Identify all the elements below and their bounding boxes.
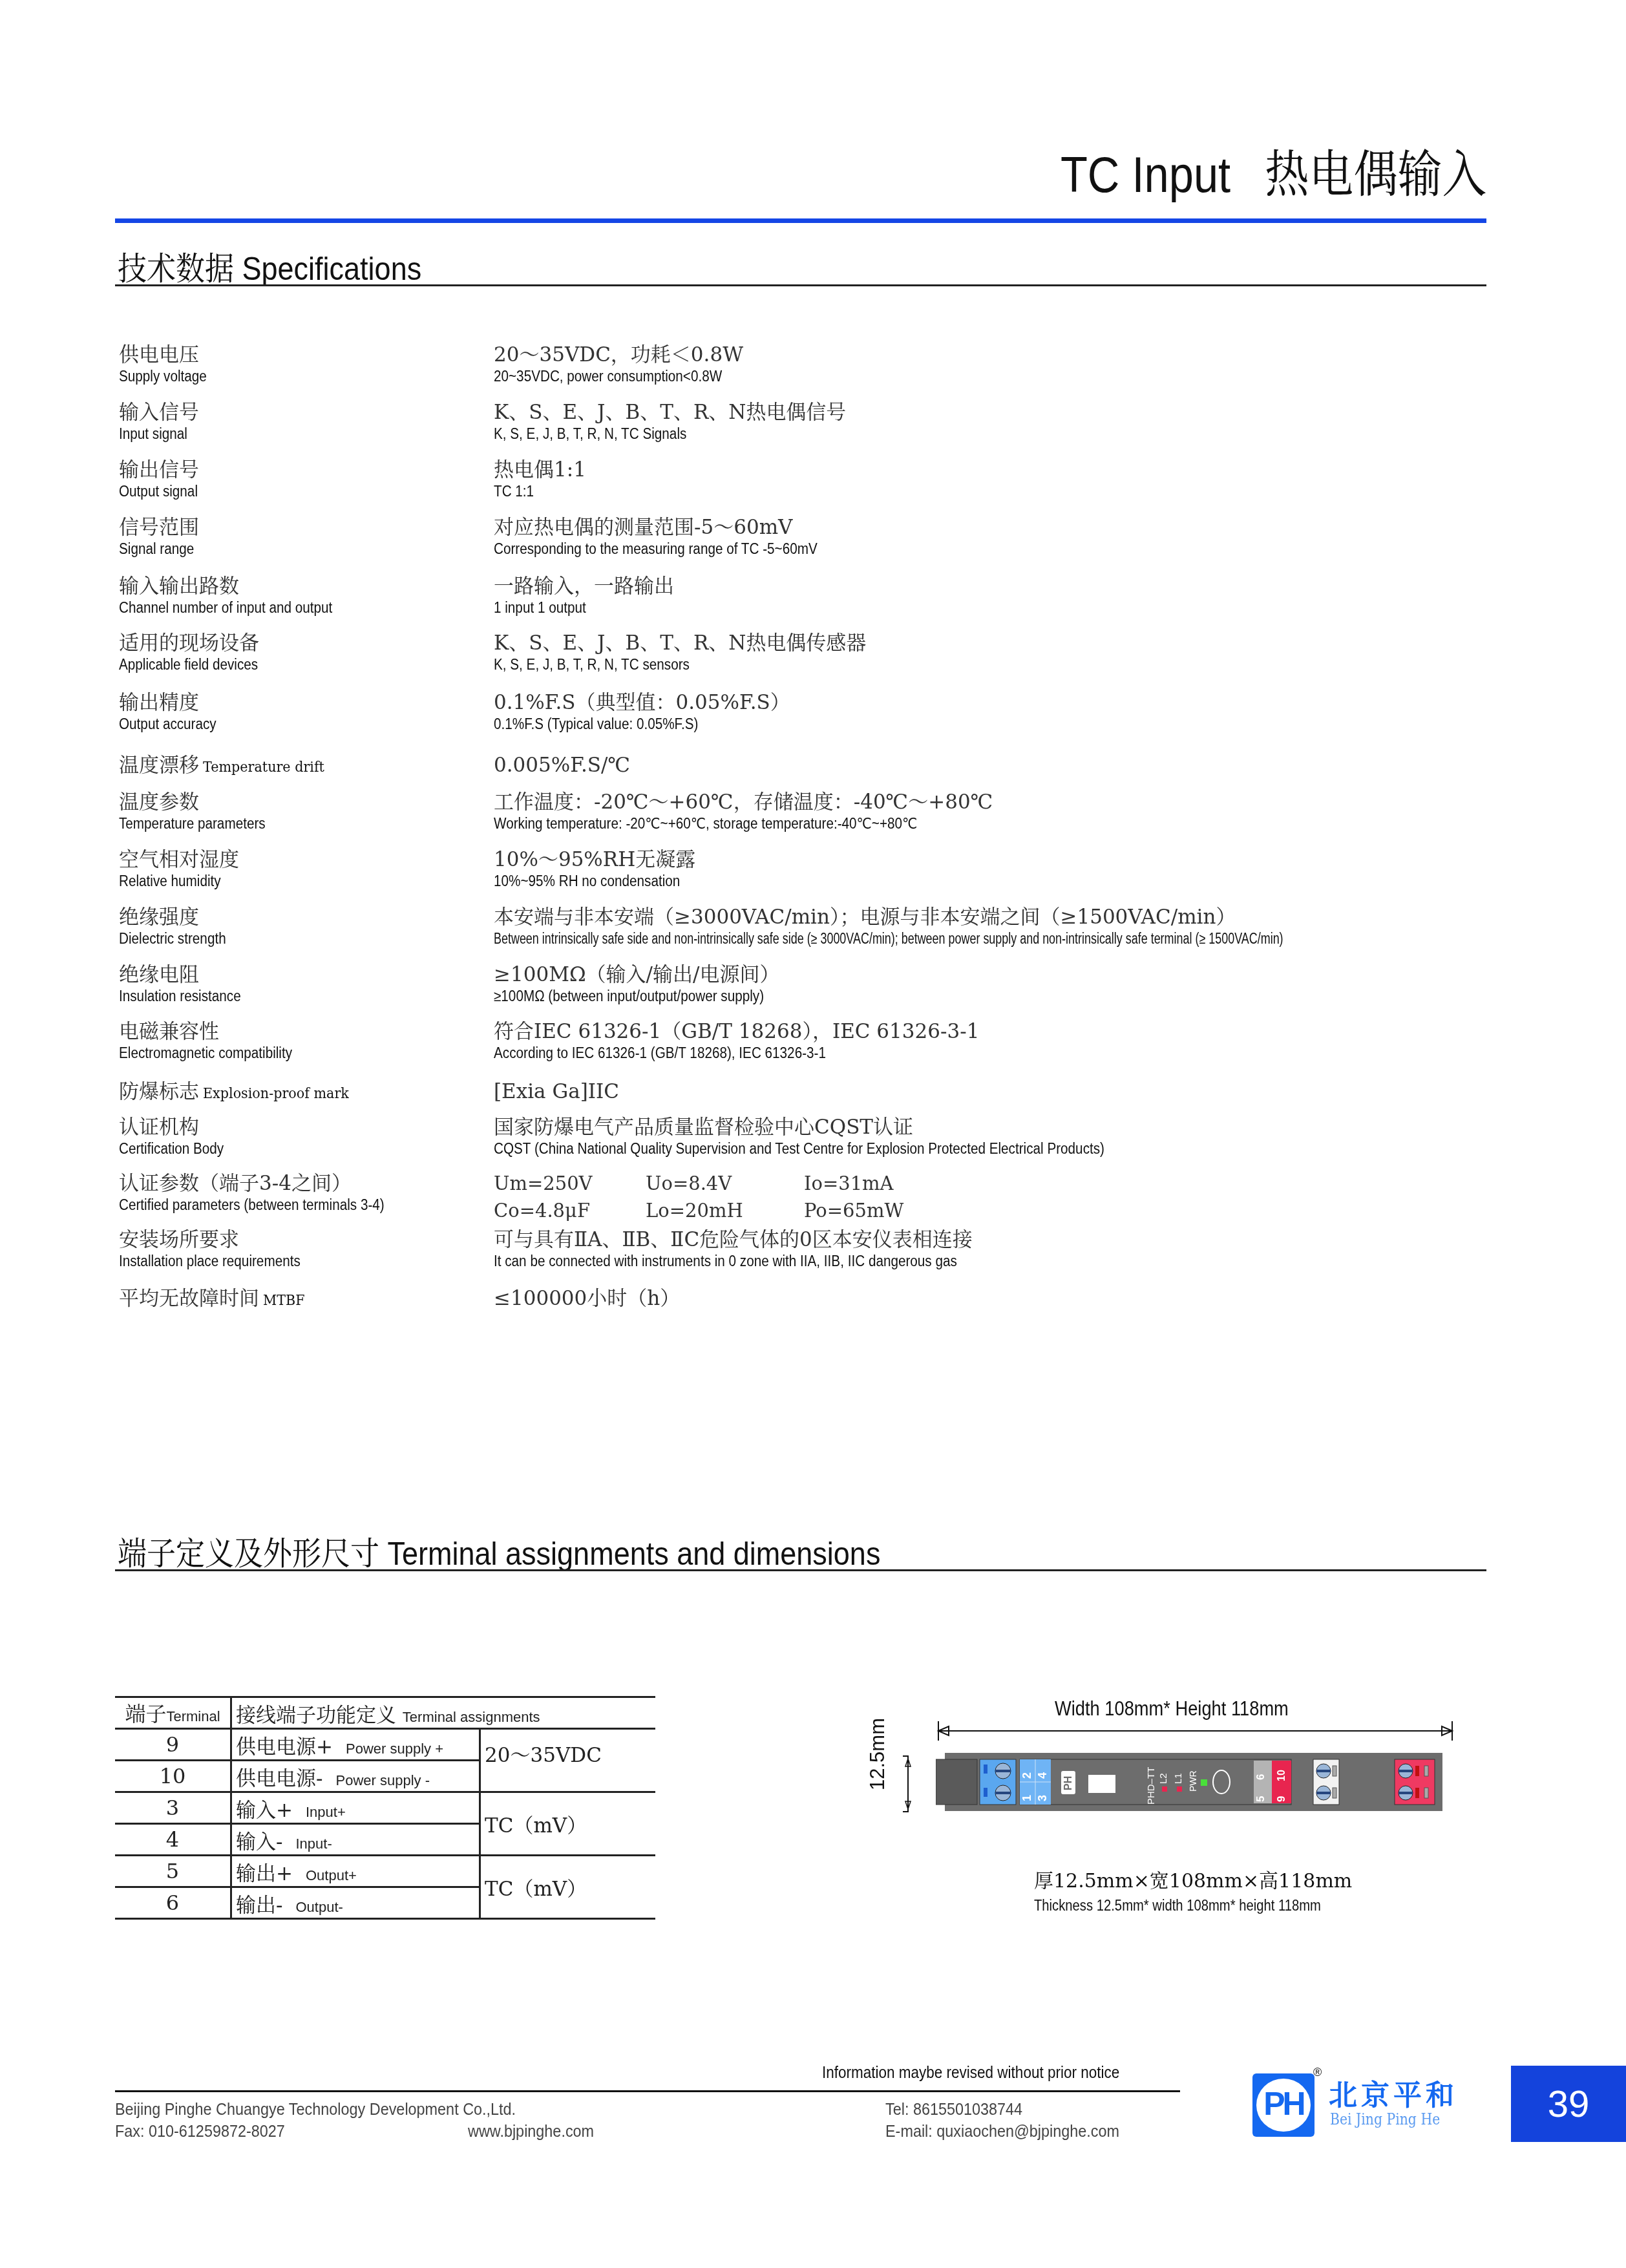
terminal-function: 供电电源-Power supply - <box>231 1761 480 1792</box>
spec-label-en: Applicable field devices <box>119 655 258 673</box>
spec-value-en: K, S, E, J, B, T, R, N, TC Signals <box>494 425 686 443</box>
spec-value-zh: 一路输入，一路输出 <box>494 574 674 599</box>
spec-label-zh: 输入输出路数 <box>119 574 1495 599</box>
spec-label-en: Dielectric strength <box>119 929 226 948</box>
section-title-specifications: 技术数据 Specifications <box>118 243 421 290</box>
spec-label-en: Output signal <box>119 482 198 500</box>
table-row: 5 输出+Output+ TC（mV） <box>115 1856 655 1887</box>
spec-value-en: 10%~95% RH no condensation <box>494 872 680 890</box>
header-terminal-zh: 端子 <box>125 1702 166 1726</box>
terminal-function: 供电电源+Power supply + <box>231 1729 480 1761</box>
spec-label-zh: 输出信号 <box>119 458 1495 482</box>
spec-label-en: Input signal <box>119 425 187 443</box>
spec-row: 输入输出路数 Channel number of input and outpu… <box>119 574 1495 617</box>
svg-text:PHD–TT: PHD–TT <box>1146 1767 1157 1805</box>
param-uo: Uo=8.4V <box>646 1172 804 1194</box>
spec-value-zh: [Exia Ga]IIC <box>494 1079 619 1104</box>
spec-value-en: According to IEC 61326-1 (GB/T 18268), I… <box>494 1044 826 1062</box>
spec-label-zh: 绝缘电阻 <box>119 962 1495 987</box>
spec-value-en: 0.1%F.S (Typical value: 0.05%F.S) <box>494 715 698 733</box>
dimensions-note-en: Thickness 12.5mm* width 108mm* height 11… <box>1034 1897 1321 1914</box>
spec-row: 安装场所要求 Installation place requirements 可… <box>119 1227 1495 1270</box>
terminal-function: 输入-Input- <box>231 1824 480 1856</box>
terminal-function: 输入+Input+ <box>231 1792 480 1824</box>
spec-label-zh: 供电电压 <box>119 343 1495 367</box>
svg-text:L1: L1 <box>1173 1773 1184 1784</box>
svg-text:PWR: PWR <box>1188 1770 1198 1792</box>
terminal-number: 10 <box>115 1761 231 1792</box>
spec-label-zh: 输出精度 <box>119 690 1495 715</box>
func-zh: 输出+ <box>236 1862 293 1885</box>
company-logo-icon: PH <box>1252 2073 1315 2137</box>
terminal-number: 3 <box>115 1792 231 1824</box>
svg-text:4: 4 <box>1036 1772 1049 1779</box>
spec-row: 输出信号 Output signal 热电偶1:1TC 1:1 <box>119 458 1495 500</box>
thickness-bracket-icon <box>902 1755 914 1813</box>
param-co: Co=4.8μF <box>494 1200 646 1222</box>
func-en: Output- <box>295 1899 343 1915</box>
signal-range: TC（mV） <box>480 1856 656 1919</box>
svg-text:PH: PH <box>1063 1776 1074 1790</box>
arrowheads-icon <box>938 1721 1452 1741</box>
logo-text-zh: 北京平和 <box>1329 2072 1458 2114</box>
terminal-function: 输出-Output- <box>231 1887 480 1919</box>
svg-text:5: 5 <box>1254 1796 1267 1802</box>
spec-label-inline: 平均无故障时间MTBF <box>119 1286 1495 1313</box>
header-terminal: 端子Terminal <box>115 1697 231 1729</box>
header-rule <box>115 218 1486 223</box>
page-number-text: 39 <box>1548 2083 1590 2126</box>
section-title-terminals: 端子定义及外形尺寸 Terminal assignments and dimen… <box>118 1528 880 1574</box>
spec-value-en: 1 input 1 output <box>494 599 586 617</box>
svg-text:L2: L2 <box>1158 1773 1169 1784</box>
terminal-number: 6 <box>115 1887 231 1919</box>
func-en: Input- <box>295 1836 332 1852</box>
param-lo: Lo=20mH <box>646 1200 804 1222</box>
spec-row: 供电电压 Supply voltage 20～35VDC，功耗＜0.8W20~3… <box>119 343 1495 385</box>
spec-value-zh: K、S、E、J、B、T、R、N热电偶信号 <box>494 400 846 425</box>
svg-text:3: 3 <box>1036 1795 1049 1801</box>
terminal-table: 端子Terminal 接线端子功能定义 Terminal assignments… <box>115 1696 655 1920</box>
table-header-row: 端子Terminal 接线端子功能定义 Terminal assignments <box>115 1697 655 1729</box>
spec-label-en: MTBF <box>263 1288 305 1313</box>
terminal-number: 4 <box>115 1824 231 1856</box>
page-title-zh: 热电偶输入 <box>1265 146 1486 204</box>
logo-mark: PH <box>1252 2085 1315 2123</box>
header-assignments: 接线端子功能定义 Terminal assignments <box>231 1697 656 1729</box>
spec-value-zh: 20～35VDC，功耗＜0.8W <box>494 343 748 367</box>
spec-label-en: Explosion-proof mark <box>203 1081 349 1106</box>
func-en: Power supply + <box>346 1741 443 1757</box>
func-zh: 输入- <box>236 1830 282 1854</box>
spec-label-en: Certified parameters (between terminals … <box>119 1196 385 1214</box>
spec-row: 适用的现场设备 Applicable field devices K、S、E、J… <box>119 631 1495 673</box>
spec-value-zh: ≥100MΩ（输入/输出/电源间） <box>494 962 794 987</box>
spec-label-en: Certification Body <box>119 1139 224 1158</box>
spec-label-en: Output accuracy <box>119 715 216 733</box>
spec-label-inline: 防爆标志Explosion-proof mark <box>119 1079 1495 1106</box>
spec-value-zh: 本安端与非本安端（≥3000VAC/min）；电源与非本安端之间（≥1500VA… <box>494 905 1506 929</box>
header-assign-en: Terminal assignments <box>403 1709 540 1725</box>
fax-number: Fax: 010-61259872-8027 <box>115 2121 285 2141</box>
spec-row: 认证机构 Certification Body 国家防爆电气产品质量监督检验中心… <box>119 1115 1495 1158</box>
func-en: Power supply - <box>335 1772 430 1788</box>
phone-number: Tel: 8615501038744 <box>885 2099 1022 2119</box>
spec-label-en: Electromagnetic compatibility <box>119 1044 292 1062</box>
func-en: Input+ <box>306 1804 346 1820</box>
spec-row-certified-params: 认证参数（端子3-4之间） Certified parameters (betw… <box>119 1171 1495 1214</box>
spec-value-zh: 10%～95%RH无凝露 <box>494 847 701 872</box>
spec-row: 空气相对湿度 Relative humidity 10%～95%RH无凝露10%… <box>119 847 1495 890</box>
thickness-label: 12.5mm <box>866 1718 889 1790</box>
page-number: 39 <box>1511 2066 1626 2142</box>
spec-value-zh: 0.005%F.S/℃ <box>494 753 630 778</box>
page-title-en: TC Input <box>1061 146 1230 203</box>
param-po: Po=65mW <box>804 1200 933 1222</box>
revision-notice: Information maybe revised without prior … <box>822 2064 1119 2083</box>
spec-label-inline: 温度漂移Temperature drift <box>119 753 1495 779</box>
spec-value-en: It can be connected with instruments in … <box>494 1252 957 1270</box>
section-rule <box>115 284 1486 286</box>
blue-terminal-block <box>980 1759 1016 1805</box>
spec-value-en: TC 1:1 <box>494 482 534 500</box>
company-name: Beijing Pinghe Chuangye Technology Devel… <box>115 2099 516 2119</box>
spec-label-zh: 空气相对湿度 <box>119 847 1495 872</box>
spec-row: 输入信号 Input signal K、S、E、J、B、T、R、N热电偶信号K,… <box>119 400 1495 443</box>
spec-row: 平均无故障时间MTBF ≤100000小时（h） <box>119 1286 1495 1313</box>
param-io: Io=31mA <box>804 1172 933 1194</box>
signal-range: TC（mV） <box>480 1792 656 1856</box>
spec-label-en: Signal range <box>119 540 194 558</box>
spec-label-zh: 防爆标志 <box>119 1080 199 1103</box>
email-link[interactable]: E-mail: quxiaochen@bjpinghe.com <box>885 2121 1119 2141</box>
spec-value-en: Corresponding to the measuring range of … <box>494 540 818 558</box>
func-en: Output+ <box>306 1867 357 1883</box>
spec-value-zh: ≤100000小时（h） <box>494 1286 680 1311</box>
dimensions-note-zh: 厚12.5mm×宽108mm×高118mm <box>1034 1865 1352 1893</box>
spec-label-zh: 温度漂移 <box>119 754 199 777</box>
table-row: 3 输入+Input+ TC（mV） <box>115 1792 655 1824</box>
section-title-zh: 技术数据 <box>118 250 234 288</box>
certified-params-grid: Um=250V Uo=8.4V Io=31mA Co=4.8μF Lo=20mH… <box>494 1172 933 1222</box>
header-assign-zh: 接线端子功能定义 <box>236 1704 396 1727</box>
section-title-en: Specifications <box>242 251 422 287</box>
spec-value-zh: 0.1%F.S（典型值：0.05%F.S） <box>494 690 790 715</box>
spec-value-en: Working temperature: -20℃~+60℃, storage … <box>494 814 917 832</box>
signal-range: 20～35VDC <box>480 1729 656 1792</box>
red-terminal-block <box>1395 1759 1435 1805</box>
spec-label-en: Insulation resistance <box>119 987 241 1005</box>
terminal-function: 输出+Output+ <box>231 1856 480 1887</box>
spec-value-en: K, S, E, J, B, T, R, N, TC sensors <box>494 655 690 673</box>
page-title: TC Input热电偶输入 <box>1061 145 1486 204</box>
spec-row: 温度漂移Temperature drift 0.005%F.S/℃ <box>119 753 1495 779</box>
section-title-zh: 端子定义及外形尺寸 <box>118 1535 379 1573</box>
spec-value-en: CQST (China National Quality Supervision… <box>494 1139 1104 1158</box>
func-zh: 输出- <box>236 1894 282 1917</box>
spec-value-zh: 热电偶1:1 <box>494 458 586 482</box>
spec-row: 电磁兼容性 Electromagnetic compatibility 符合IE… <box>119 1019 1495 1062</box>
spec-value-zh: 符合IEC 61326-1（GB/T 18268），IEC 61326-3-1 <box>494 1019 979 1044</box>
header-terminal-en: Terminal <box>166 1708 220 1724</box>
spec-label-en: Channel number of input and output <box>119 599 332 617</box>
spec-label-en: Temperature parameters <box>119 814 266 832</box>
spec-value-zh: 工作温度：-20℃～+60℃，存储温度：-40℃～+80℃ <box>494 790 993 814</box>
svg-text:6: 6 <box>1254 1774 1267 1780</box>
terminal-number: 9 <box>115 1729 231 1761</box>
section-rule <box>115 1569 1486 1571</box>
terminal-number: 5 <box>115 1856 231 1887</box>
spec-value-en: ≥100MΩ (between input/output/power suppl… <box>494 987 764 1005</box>
spec-row: 信号范围 Signal range 对应热电偶的测量范围-5～60mVCorre… <box>119 515 1495 558</box>
spec-row: 防爆标志Explosion-proof mark [Exia Ga]IIC <box>119 1079 1495 1106</box>
terminal-label-2: 2 <box>1020 1772 1033 1779</box>
spec-value-zh: 可与具有ⅡA、ⅡB、ⅡC危险气体的0区本安仪表相连接 <box>494 1227 1009 1252</box>
func-zh: 输入+ <box>236 1799 293 1822</box>
spec-row: 输出精度 Output accuracy 0.1%F.S（典型值：0.05%F.… <box>119 690 1495 733</box>
spec-row: 绝缘强度 Dielectric strength 本安端与非本安端（≥3000V… <box>119 905 1495 948</box>
spec-row: 绝缘电阻 Insulation resistance ≥100MΩ（输入/输出/… <box>119 962 1495 1005</box>
spec-value-zh: 国家防爆电气产品质量监督检验中心CQST认证 <box>494 1115 1172 1139</box>
footer-rule <box>115 2090 1180 2092</box>
device-diagram: 2 4 1 3 PH PHD–TT L2 L1 PWR 6 5 10 9 <box>936 1753 1453 1812</box>
white-terminal-block <box>1313 1759 1339 1805</box>
func-zh: 供电电源+ <box>236 1735 333 1759</box>
svg-text:1: 1 <box>1020 1795 1033 1801</box>
spec-value-zh: 对应热电偶的测量范围-5～60mV <box>494 515 853 540</box>
spec-label-en: Installation place requirements <box>119 1252 301 1270</box>
spec-label-en: Temperature drift <box>203 755 324 779</box>
spec-row: 温度参数 Temperature parameters 工作温度：-20℃～+6… <box>119 790 1495 832</box>
svg-text:9: 9 <box>1275 1796 1287 1802</box>
spec-value-zh: K、S、E、J、B、T、R、N热电偶传感器 <box>494 631 866 655</box>
param-um: Um=250V <box>494 1172 646 1194</box>
registered-mark: ® <box>1313 2066 1322 2079</box>
spec-value-en: 20~35VDC, power consumption<0.8W <box>494 367 722 385</box>
section-title-en: Terminal assignments and dimensions <box>388 1536 881 1572</box>
width-dimension-arrow <box>938 1730 1452 1732</box>
func-zh: 供电电源- <box>236 1767 322 1790</box>
width-height-label: Width 108mm* Height 118mm <box>1055 1697 1289 1721</box>
svg-text:10: 10 <box>1276 1770 1287 1781</box>
spec-label-en: Relative humidity <box>119 872 221 890</box>
spec-value-en: Between intrinsically safe side and non-… <box>494 929 1283 948</box>
table-row: 9 供电电源+Power supply + 20～35VDC <box>115 1729 655 1761</box>
spec-label-en: Supply voltage <box>119 367 207 385</box>
spec-label-zh: 平均无故障时间 <box>119 1287 259 1310</box>
website-link[interactable]: www.bjpinghe.com <box>468 2121 594 2141</box>
logo-text-en: Bei Jing Ping He <box>1330 2110 1440 2128</box>
